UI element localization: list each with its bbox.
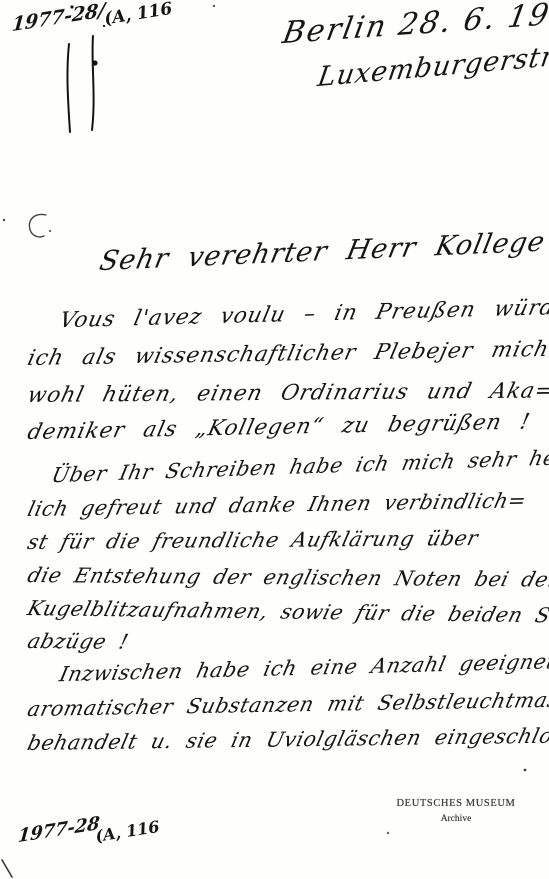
salutation: Sehr verehrter Herr Kollege ! [99, 225, 549, 277]
archive-number-top-part1: 1977-28/ [11, 0, 106, 36]
archive-stamp: DEUTSCHES MUSEUM Archive [392, 798, 520, 824]
paragraph-2: Über Ihr Schreiben habe ich mich sehr he… [28, 460, 546, 658]
letter-line: ich als wissenschaftlicher Plebejer mich [28, 331, 547, 377]
archive-number-bottom-part1: 1977-28 [17, 813, 100, 847]
letter-line: die Entstehung der englischen Noten bei … [28, 559, 546, 597]
letter-place-date-text: Berlin 28. 6. 1913 [280, 0, 549, 51]
salutation-text: Sehr verehrter Herr Kollege ! [97, 225, 549, 277]
letter-line: behandelt u. sie in Uviolgläschen einges… [28, 719, 546, 760]
archive-number-bottom-part2: (A, 116 [94, 817, 161, 846]
archive-number-bottom: 1977-28(A, 116 [16, 803, 165, 847]
letter-place-date: Berlin 28. 6. 1913 [282, 0, 549, 51]
archive-number-top: 1977-28/(A, 116 [10, 0, 174, 36]
paragraph-3: Inzwischen habe ich eine Anzahl geeignet… [28, 658, 546, 760]
archive-number-top-part2: (A, 116 [103, 0, 174, 29]
archive-stamp-museum: DEUTSCHES MUSEUM [392, 798, 520, 809]
archive-stamp-archive: Archive [392, 814, 520, 824]
letter-line: st für die freundliche Aufklärung über [28, 521, 546, 559]
paragraph-1: Vous l'avez voulu – in Preußen würde ich… [28, 303, 546, 451]
scanned-letter-page: 1977-28/(A, 116 Berlin 28. 6. 1913 Luxem [0, 0, 549, 879]
